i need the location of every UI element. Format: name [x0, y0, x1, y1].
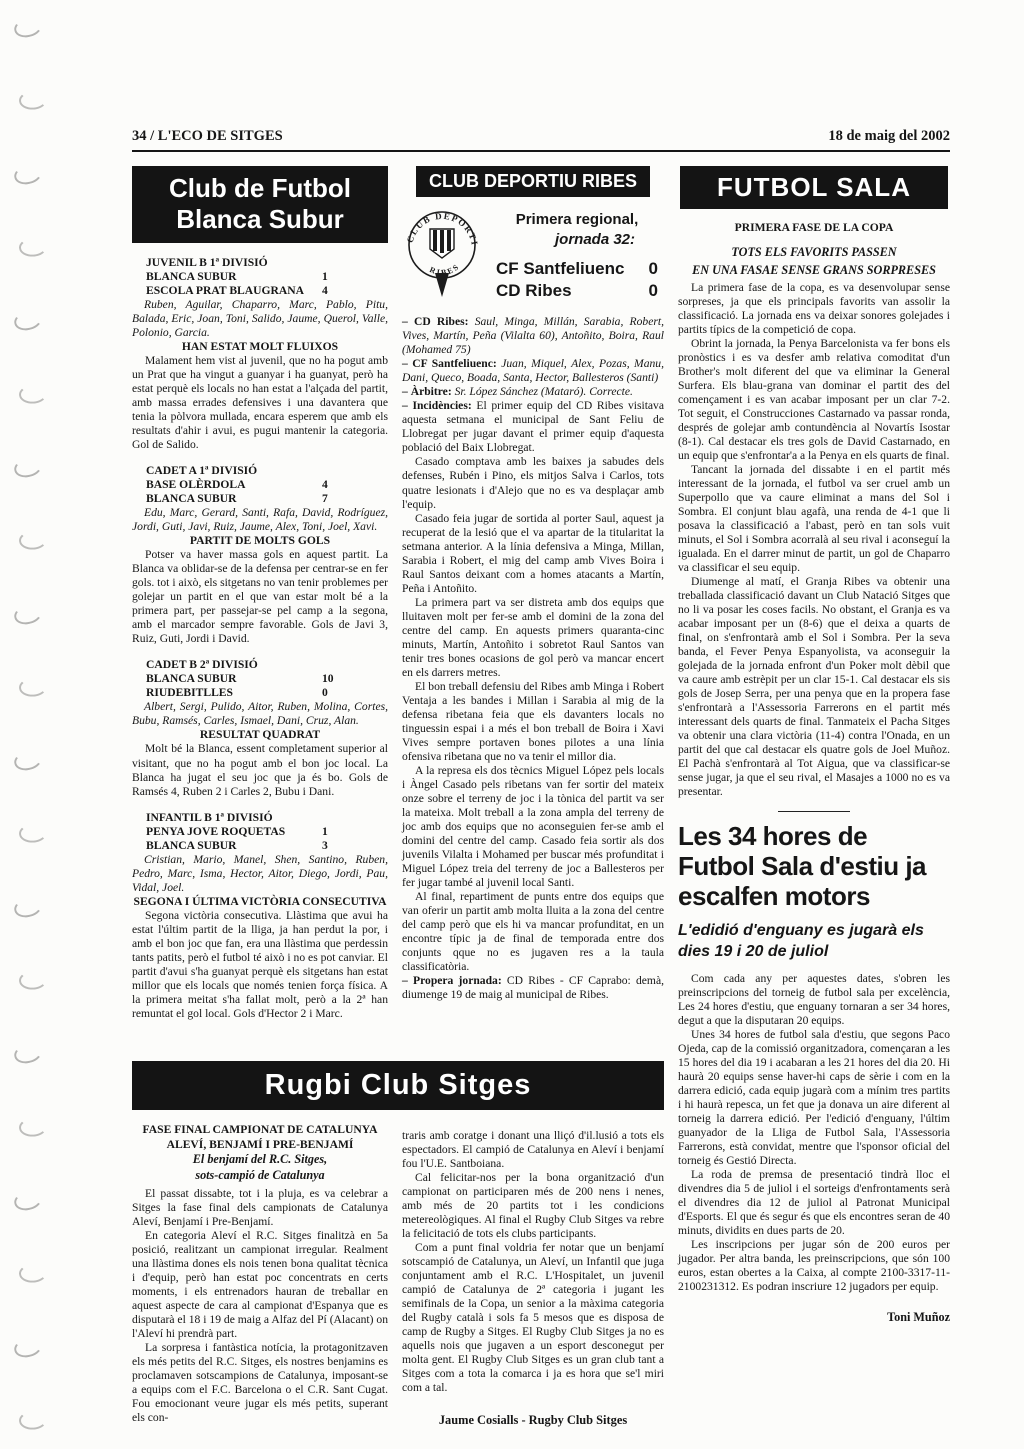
blanca-title-line2: Blanca Subur: [134, 204, 386, 236]
section-divider: [778, 811, 850, 812]
score-row: ESCOLA PRAT BLAUGRANA 4: [132, 284, 388, 298]
referee-line: – Àrbitre: Sr. López Sánchez (Mataró). C…: [402, 385, 664, 399]
team-score: 7: [322, 492, 328, 506]
rugby-subheading-line2: sots-campió de Catalunya: [195, 1168, 324, 1182]
team-name: BLANCA SUBUR: [146, 839, 322, 853]
ribes-match-header: CLUB DEPORTIU RIBES: [402, 207, 664, 303]
report-paragraph: La sorpresa i fantàstica notícia, la pro…: [132, 1341, 388, 1425]
next-match-label: – Propera jornada:: [402, 974, 502, 987]
masthead: 34 / L'ECO DE SITGES 18 de maig del 2002: [132, 128, 950, 152]
team-name: RIUDEBITLLES: [146, 686, 322, 700]
team-score: 4: [322, 284, 328, 298]
rugby-heading: FASE FINAL CAMPIONAT DE CATALUNYA ALEVÍ,…: [132, 1122, 388, 1153]
match-report: CADET B 2ª DIVISIÓ BLANCA SUBUR 10 RIUDE…: [132, 658, 388, 798]
report-paragraph: Al final, repartiment de punts entre dos…: [402, 890, 664, 974]
binding-ring-icon: [12, 1335, 44, 1360]
lineup-cd-ribes: – CD Ribes: Saul, Minga, Millán, Sarabia…: [402, 315, 664, 357]
team-name: BASE OLÈRDOLA: [146, 478, 322, 492]
report-paragraph: Casado comptava amb les baixes ja sabude…: [402, 455, 664, 511]
binding-ring-icon: [18, 970, 47, 991]
binding-ring-icon: [18, 1410, 47, 1431]
newspaper-page: 34 / L'ECO DE SITGES 18 de maig del 2002…: [0, 0, 1024, 1449]
division-heading: CADET B 2ª DIVISIÓ: [132, 658, 388, 672]
match-report: CADET A 1ª DIVISIÓ BASE OLÈRDOLA 4 BLANC…: [132, 464, 388, 646]
author-signature: Toni Muñoz: [678, 1310, 950, 1325]
masthead-left: 34 / L'ECO DE SITGES: [132, 128, 283, 146]
rugby-right-column: traris amb coratge i donant una lliçó d'…: [402, 1122, 664, 1428]
score-row: CD Ribes 0: [490, 280, 664, 302]
masthead-date: 18 de maig del 2002: [828, 128, 950, 146]
team-name: ESCOLA PRAT BLAUGRANA: [146, 284, 322, 298]
score-row: CF Santfeliuenc 0: [490, 258, 664, 280]
report-paragraph: La roda de premsa de presentació tindrà …: [678, 1168, 950, 1238]
jornada-line: jornada 32:: [490, 231, 664, 249]
players-list: Edu, Marc, Gerard, Santi, Rafa, David, R…: [132, 506, 388, 534]
score-row: BLANCA SUBUR 1: [132, 270, 388, 284]
binding-ring-icon: [18, 823, 47, 844]
team-score: 0: [322, 686, 328, 700]
article-futbol-sala: FUTBOL SALA PRIMERA FASE DE LA COPA TOTS…: [678, 166, 950, 1429]
players-list: Ruben, Aguilar, Chaparro, Marc, Pablo, P…: [132, 298, 388, 340]
binding-ring-icon: [12, 748, 44, 773]
team-score: 0: [649, 280, 658, 302]
rugby-heading-line2: ALEVÍ, BENJAMÍ I PRE-BENJAMÍ: [167, 1138, 354, 1151]
match-report: JUVENIL B 1ª DIVISIÓ BLANCA SUBUR 1 ESCO…: [132, 256, 388, 452]
report-paragraph: Com a punt final voldria fer notar que u…: [402, 1241, 664, 1395]
binding-ring-icon: [18, 1116, 47, 1137]
futsal-headline: Les 34 hores de Futbol Sala d'estiu ja e…: [678, 822, 950, 911]
ribes-match-meta: Primera regional, jornada 32: CF Santfel…: [490, 207, 664, 301]
binding-ring-icon: [12, 15, 44, 40]
team-name: BLANCA SUBUR: [146, 492, 322, 506]
report-paragraph: El passat dissabte, tot i la pluja, es v…: [132, 1187, 388, 1229]
division-heading: JUVENIL B 1ª DIVISIÓ: [132, 256, 388, 270]
binding-ring-icon: [12, 601, 44, 626]
report-paragraph: Obrint la jornada, la Penya Barcelonista…: [678, 337, 950, 463]
binding-ring-icon: [12, 162, 44, 187]
report-subhead: HAN ESTAT MOLT FLUIXOS: [132, 340, 388, 354]
incidents-label: – Incidències:: [402, 399, 472, 412]
binding-ring-icon: [18, 90, 47, 111]
binding-ring-icon: [12, 1041, 44, 1066]
binding-ring-icon: [12, 1188, 44, 1213]
lineup-cf-santfeliuenc: – CF Santfeliuenc: Juan, Miquel, Alex, P…: [402, 357, 664, 385]
binding-ring-icon: [18, 677, 47, 698]
futsal-heading: PRIMERA FASE DE LA COPA: [678, 221, 950, 235]
rugby-heading-line1: FASE FINAL CAMPIONAT DE CATALUNYA: [143, 1123, 378, 1136]
report-paragraph: El bon treball defensiu del Ribes amb Mi…: [402, 680, 664, 764]
team-name: BLANCA SUBUR: [146, 270, 322, 284]
report-paragraph: En categoria Aleví el R.C. Sitges finali…: [132, 1229, 388, 1341]
report-subhead: PARTIT DE MOLTS GOLS: [132, 534, 388, 548]
team-name: CF Santfeliuenc: [496, 258, 624, 280]
referee-name: Sr. López Sánchez (Mataró). Correcte.: [455, 385, 633, 398]
players-list: Cristian, Mario, Manel, Shen, Santino, R…: [132, 853, 388, 895]
futsal-deck: L'edidió d'enguany es jugarà els dies 19…: [678, 921, 950, 962]
rugby-subheading-line1: El benjamí del R.C. Sitges,: [193, 1152, 327, 1166]
team-score: 3: [322, 839, 328, 853]
ribes-title: CLUB DEPORTIU RIBES: [416, 166, 650, 198]
report-paragraph: Les inscripcions per jugar són de 200 eu…: [678, 1238, 950, 1294]
lineups-block: – CD Ribes: Saul, Minga, Millán, Sarabia…: [402, 315, 664, 455]
league-line: Primera regional,: [490, 211, 664, 229]
team-name: PENYA JOVE ROQUETAS: [146, 825, 322, 839]
score-row: RIUDEBITLLES 0: [132, 686, 388, 700]
futsal-subheading-line2: EN UNA FASAE SENSE GRANS SORPRESES: [678, 263, 950, 279]
rugby-subheading: El benjamí del R.C. Sitges, sots-campió …: [132, 1152, 388, 1184]
article-rugbi-club-sitges: Rugbi Club Sitges FASE FINAL CAMPIONAT D…: [132, 1033, 664, 1428]
report-body: Potser va haver massa gols en aquest par…: [132, 548, 388, 646]
author-signature: Jaume Cosialls - Rugby Club Sitges: [402, 1413, 664, 1428]
binding-ring-icon: [18, 1263, 47, 1284]
lineup-label: – CF Santfeliuenc:: [402, 357, 497, 370]
report-paragraph: Diumenge al matí, el Granja Ribes va obt…: [678, 575, 950, 799]
binding-ring-icon: [18, 383, 47, 404]
futsal-subheading-line1: TOTS ELS FAVORITS PASSEN: [678, 245, 950, 261]
report-paragraph: Cal felicitar-nos per la bona organitzac…: [402, 1171, 664, 1241]
report-body: Segona victòria consecutiva. Llàstima qu…: [132, 909, 388, 1021]
report-paragraph: La primera fase de la copa, es va desenv…: [678, 281, 950, 337]
rugby-title: Rugbi Club Sitges: [132, 1061, 664, 1110]
score-row: PENYA JOVE ROQUETAS 1: [132, 825, 388, 839]
rugby-left-column: FASE FINAL CAMPIONAT DE CATALUNYA ALEVÍ,…: [132, 1122, 388, 1428]
report-body: Malament hem vist al juvenil, que no ha …: [132, 354, 388, 452]
team-score: 1: [322, 825, 328, 839]
report-paragraph: Tancant la jornada del dissabte i en el …: [678, 463, 950, 575]
report-paragraph: A la represa els dos tècnics Miguel Lópe…: [402, 764, 664, 890]
score-row: BASE OLÈRDOLA 4: [132, 478, 388, 492]
team-score: 1: [322, 270, 328, 284]
report-paragraph: Unes 34 hores de futbol sala d'estiu, qu…: [678, 1028, 950, 1168]
article-cd-ribes: CLUB DEPORTIU RIBES CLUB DEPORTIU: [402, 166, 664, 1033]
lineup-label: – CD Ribes:: [402, 315, 468, 328]
next-match-line: – Propera jornada: CD Ribes - CF Caprabo…: [402, 974, 664, 1002]
article-blanca-subur: Club de Futbol Blanca Subur JUVENIL B 1ª…: [132, 166, 388, 1033]
players-list: Albert, Sergi, Pulido, Aitor, Ruben, Mol…: [132, 700, 388, 728]
incidents-line: – Incidències: El primer equip del CD Ri…: [402, 399, 664, 455]
division-heading: CADET A 1ª DIVISIÓ: [132, 464, 388, 478]
binding-ring-icon: [12, 895, 44, 920]
division-heading: INFANTIL B 1ª DIVISIÓ: [132, 811, 388, 825]
match-report: INFANTIL B 1ª DIVISIÓ PENYA JOVE ROQUETA…: [132, 811, 388, 1021]
team-score: 4: [322, 478, 328, 492]
report-paragraph: La primera part va ser distreta amb dos …: [402, 596, 664, 680]
futsal-deck-line2: dies 19 i 20 de juliol: [678, 942, 950, 962]
binding-ring-icon: [18, 530, 47, 551]
page-content: 34 / L'ECO DE SITGES 18 de maig del 2002…: [132, 128, 950, 1428]
report-paragraph: Casado feia jugar de sortida al porter S…: [402, 512, 664, 596]
report-subhead: RESULTAT QUADRAT: [132, 728, 388, 742]
report-body: Molt bé la Blanca, essent completament s…: [132, 742, 388, 798]
futsal-deck-line1: L'edidió d'enguany es jugarà els: [678, 921, 950, 941]
blanca-title-line1: Club de Futbol: [134, 173, 386, 205]
report-paragraph: Com cada any per aquestes dates, s'obren…: [678, 972, 950, 1028]
score-row: BLANCA SUBUR 3: [132, 839, 388, 853]
score-row: BLANCA SUBUR 10: [132, 672, 388, 686]
club-deportiu-ribes-logo-icon: CLUB DEPORTIU RIBES: [402, 207, 484, 303]
binding-ring-icon: [18, 237, 47, 258]
team-name: CD Ribes: [496, 280, 572, 302]
futsal-title: FUTBOL SALA: [680, 166, 948, 209]
team-score: 10: [322, 672, 334, 686]
spiral-binding: [14, 18, 68, 1430]
binding-ring-icon: [12, 308, 44, 333]
report-paragraph: traris amb coratge i donant una lliçó d'…: [402, 1129, 664, 1171]
binding-ring-icon: [12, 455, 44, 480]
blanca-subur-title: Club de Futbol Blanca Subur: [132, 166, 388, 243]
team-name: BLANCA SUBUR: [146, 672, 322, 686]
report-subhead: SEGONA I ÚLTIMA VICTÒRIA CONSECUTIVA: [132, 895, 388, 909]
team-score: 0: [649, 258, 658, 280]
score-row: BLANCA SUBUR 7: [132, 492, 388, 506]
referee-label: – Àrbitre:: [402, 385, 452, 398]
